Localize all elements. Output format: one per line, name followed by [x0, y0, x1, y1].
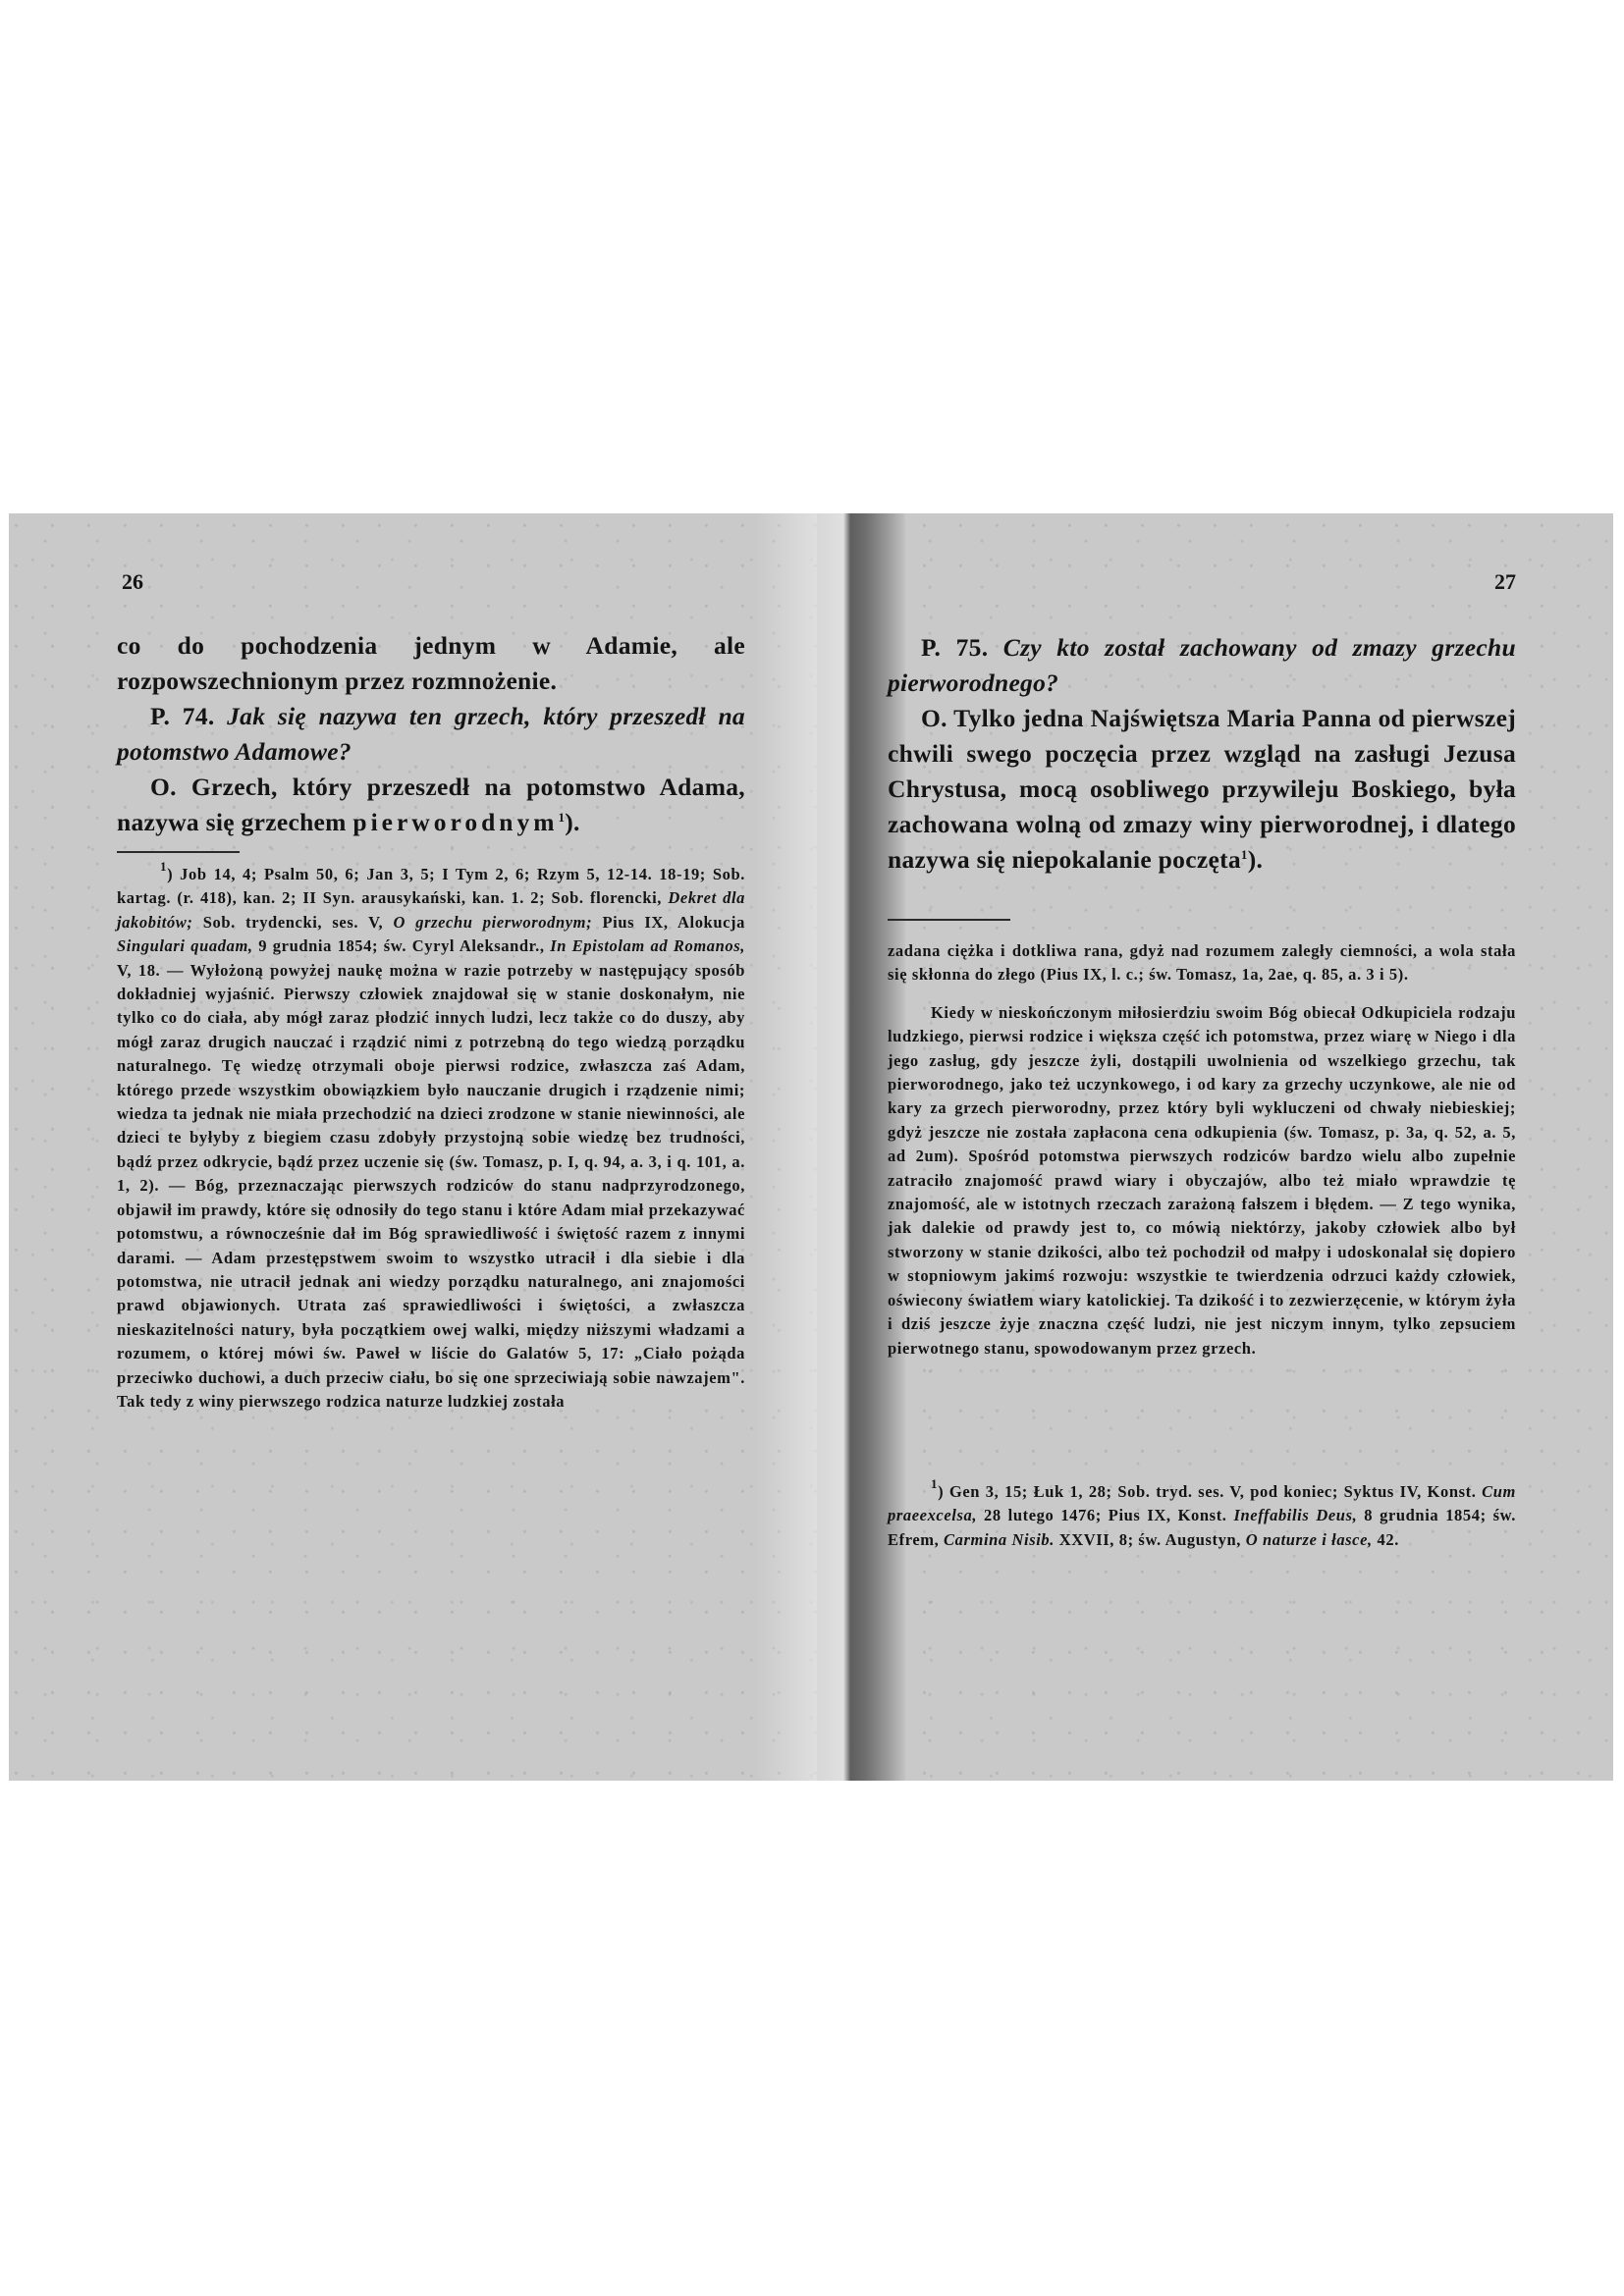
- answer-text: Tylko jedna Najświętsza Maria Panna od p…: [888, 704, 1516, 874]
- page-number: 27: [1494, 569, 1516, 595]
- citation-title: Carmina Nisib.: [944, 1530, 1055, 1549]
- gutter-highlight: [755, 513, 824, 1781]
- answer-label: O.: [921, 704, 947, 732]
- page-number: 26: [122, 569, 143, 595]
- footnote-continuation: zadana ciężka i dotkliwa rana, gdyż nad …: [888, 939, 1516, 1361]
- answer-tail: ).: [1248, 845, 1263, 874]
- footnote: 1) Job 14, 4; Psalm 50, 6; Jan 3, 5; I T…: [117, 863, 745, 1414]
- answer-tail: ).: [565, 808, 579, 836]
- footnote-separator: [117, 851, 240, 853]
- footnote-run: ) Job 14, 4; Psalm 50, 6; Jan 3, 5; I Ty…: [117, 865, 745, 907]
- question-label: P. 74.: [150, 702, 215, 730]
- citation-title: O naturze i łasce,: [1246, 1530, 1373, 1549]
- main-text: P. 75. Czy kto został zachowany od zmazy…: [888, 630, 1516, 878]
- footnote-run: Pius IX, Alokucja: [592, 913, 745, 932]
- answer-74: O. Grzech, który przeszedł na potomstwo …: [117, 770, 745, 840]
- continuation-paragraph: co do pochodzenia jednym w Adamie, ale r…: [117, 628, 745, 699]
- question-label: P. 75.: [921, 633, 988, 662]
- citation-title: O grzechu pierworodnym;: [393, 913, 592, 932]
- footnote-run: 9 grudnia 1854; św. Cyryl Aleksandr.,: [253, 936, 551, 955]
- footnote: 1) Gen 3, 15; Łuk 1, 28; Sob. tryd. ses.…: [888, 1480, 1516, 1552]
- footnote-ref: 1: [1241, 847, 1248, 862]
- citation-title: Singulari quadam,: [117, 936, 253, 955]
- note-paragraph: zadana ciężka i dotkliwa rana, gdyż nad …: [888, 939, 1516, 988]
- question-75: P. 75. Czy kto został zachowany od zmazy…: [888, 630, 1516, 701]
- footnote-run: V, 18. — Wyłożoną powyżej naukę można w …: [117, 961, 745, 1411]
- answer-emphasis: pierworodnym: [352, 808, 558, 836]
- book-scan-spread: 26 co do pochodzenia jednym w Adamie, al…: [9, 513, 1613, 1781]
- footnote-text: 1) Job 14, 4; Psalm 50, 6; Jan 3, 5; I T…: [117, 863, 745, 1414]
- footnote-text: 1) Gen 3, 15; Łuk 1, 28; Sob. tryd. ses.…: [888, 1480, 1516, 1552]
- footnote-run: XXVII, 8; św. Augustyn,: [1055, 1530, 1246, 1549]
- citation-title: In Epistolam ad Romanos,: [550, 936, 745, 955]
- footnote-run: ) Gen 3, 15; Łuk 1, 28; Sob. tryd. ses. …: [938, 1482, 1482, 1501]
- footnote-run: 42.: [1373, 1530, 1399, 1549]
- answer-label: O.: [150, 773, 177, 801]
- footnote-run: Sob. trydencki, ses. V,: [193, 913, 394, 932]
- citation-title: Ineffabilis Deus,: [1234, 1506, 1358, 1524]
- note-paragraph: Kiedy w nieskończonym miłosierdziu swoim…: [888, 1001, 1516, 1361]
- footnote-run: 28 lutego 1476; Pius IX, Konst.: [977, 1506, 1233, 1524]
- footnote-separator: [888, 919, 1010, 921]
- answer-75: O. Tylko jedna Najświętsza Maria Panna o…: [888, 701, 1516, 878]
- question-74: P. 74. Jak się nazywa ten grzech, który …: [117, 699, 745, 770]
- main-text: co do pochodzenia jednym w Adamie, ale r…: [117, 628, 745, 840]
